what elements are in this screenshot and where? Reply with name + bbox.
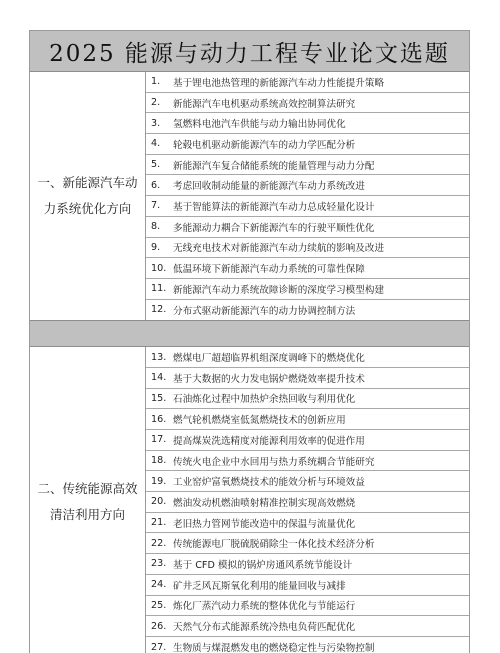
topic-number: 2. [151,97,173,108]
topic-title: 燃煤电厂超超临界机组深度调峰下的燃烧优化 [173,350,365,364]
topic-number: 6. [151,180,173,191]
topic-row: 4.轮毂电机驱动新能源汽车的动力学匹配分析 [146,134,469,155]
topic-title: 分布式驱动新能源汽车的动力协调控制方法 [173,303,355,317]
category-label: 一、新能源汽车动力系统优化方向 [30,170,145,222]
topic-title: 基于智能算法的新能源汽车动力总成轻量化设计 [173,199,374,213]
topic-title: 基于锂电池热管理的新能源汽车动力性能提升策略 [173,75,384,89]
topic-number: 10. [151,263,173,274]
topic-row: 24.矿井乏风瓦斯氧化利用的能量回收与减排 [146,575,469,596]
title-row: 2025 能源与动力工程专业论文选题 [30,31,469,72]
topic-number: 24. [151,579,173,590]
topic-number: 21. [151,517,173,528]
topic-number: 12. [151,304,173,315]
topic-list: 13.燃煤电厂超超临界机组深度调峰下的燃烧优化14.基于大数据的火力发电锅炉燃烧… [146,347,469,653]
topic-row: 7.基于智能算法的新能源汽车动力总成轻量化设计 [146,196,469,217]
topic-number: 13. [151,352,173,363]
topic-row: 18.传统火电企业中水回用与热力系统耦合节能研究 [146,451,469,472]
section-traditional-energy: 二、传统能源高效清洁利用方向 13.燃煤电厂超超临界机组深度调峰下的燃烧优化14… [30,347,469,653]
topics-table: 2025 能源与动力工程专业论文选题 一、新能源汽车动力系统优化方向 1.基于锂… [29,30,470,653]
topic-row: 21.老旧热力管网节能改造中的保温与流量优化 [146,513,469,534]
topic-title: 矿井乏风瓦斯氧化利用的能量回收与减排 [173,578,346,592]
section-new-energy-vehicle: 一、新能源汽车动力系统优化方向 1.基于锂电池热管理的新能源汽车动力性能提升策略… [30,72,469,320]
topic-title: 新能源汽车复合储能系统的能量管理与动力分配 [173,158,374,172]
topic-title: 新能源汽车动力系统故障诊断的深度学习模型构建 [173,282,384,296]
topic-row: 2.新能源汽车电机驱动系统高效控制算法研究 [146,93,469,114]
topic-row: 15.石油炼化过程中加热炉余热回收与利用优化 [146,389,469,410]
topic-number: 19. [151,476,173,487]
topic-title: 生物质与煤混燃发电的燃烧稳定性与污染物控制 [173,640,374,653]
topic-row: 25.炼化厂蒸汽动力系统的整体优化与节能运行 [146,596,469,617]
topic-title: 天然气分布式能源系统冷热电负荷匹配优化 [173,619,355,633]
topic-number: 9. [151,242,173,253]
topic-title: 氢燃料电池汽车供能与动力输出协同优化 [173,116,346,130]
category-cell: 一、新能源汽车动力系统优化方向 [30,72,146,320]
topic-number: 25. [151,600,173,611]
topic-row: 19.工业窑炉富氧燃烧技术的能效分析与环境效益 [146,471,469,492]
topic-number: 8. [151,221,173,232]
section-divider [30,320,469,347]
topic-title: 燃油发动机燃油喷射精准控制实现高效燃烧 [173,495,355,509]
topic-number: 5. [151,159,173,170]
topic-row: 9.无线充电技术对新能源汽车动力续航的影响及改进 [146,238,469,259]
topic-title: 考虑回收制动能量的新能源汽车动力系统改进 [173,178,365,192]
category-cell: 二、传统能源高效清洁利用方向 [30,347,146,653]
topic-row: 17.提高煤炭洗选精度对能源利用效率的促进作用 [146,430,469,451]
topic-title: 炼化厂蒸汽动力系统的整体优化与节能运行 [173,598,355,612]
topic-list: 1.基于锂电池热管理的新能源汽车动力性能提升策略2.新能源汽车电机驱动系统高效控… [146,72,469,320]
topic-row: 6.考虑回收制动能量的新能源汽车动力系统改进 [146,175,469,196]
topic-row: 22.传统能源电厂脱硫脱硝除尘一体化技术经济分析 [146,533,469,554]
topic-title: 新能源汽车电机驱动系统高效控制算法研究 [173,96,355,110]
topic-row: 8.多能源动力耦合下新能源汽车的行驶平顺性优化 [146,217,469,238]
topic-number: 1. [151,76,173,87]
topic-number: 11. [151,283,173,294]
topic-number: 4. [151,138,173,149]
topic-title: 老旧热力管网节能改造中的保温与流量优化 [173,516,355,530]
topic-title: 石油炼化过程中加热炉余热回收与利用优化 [173,391,355,405]
topic-row: 12.分布式驱动新能源汽车的动力协调控制方法 [146,300,469,321]
topic-title: 多能源动力耦合下新能源汽车的行驶平顺性优化 [173,220,374,234]
topic-row: 20.燃油发动机燃油喷射精准控制实现高效燃烧 [146,492,469,513]
topic-number: 23. [151,558,173,569]
topic-row: 5.新能源汽车复合储能系统的能量管理与动力分配 [146,155,469,176]
page-title: 2025 能源与动力工程专业论文选题 [49,35,450,68]
topic-number: 17. [151,434,173,445]
topic-row: 13.燃煤电厂超超临界机组深度调峰下的燃烧优化 [146,347,469,368]
topic-row: 16.燃气轮机燃烧室低氮燃烧技术的创新应用 [146,409,469,430]
topic-title: 工业窑炉富氧燃烧技术的能效分析与环境效益 [173,474,365,488]
topic-row: 1.基于锂电池热管理的新能源汽车动力性能提升策略 [146,72,469,93]
topic-number: 3. [151,118,173,129]
topic-row: 11.新能源汽车动力系统故障诊断的深度学习模型构建 [146,279,469,300]
topic-title: 基于 CFD 模拟的锅炉房通风系统节能设计 [173,557,352,571]
topic-row: 3.氢燃料电池汽车供能与动力输出协同优化 [146,113,469,134]
topic-number: 15. [151,393,173,404]
topic-number: 18. [151,455,173,466]
topic-number: 22. [151,538,173,549]
topic-number: 27. [151,642,173,653]
topic-number: 14. [151,372,173,383]
topic-row: 27.生物质与煤混燃发电的燃烧稳定性与污染物控制 [146,637,469,653]
topic-title: 无线充电技术对新能源汽车动力续航的影响及改进 [173,240,384,254]
topic-row: 23.基于 CFD 模拟的锅炉房通风系统节能设计 [146,554,469,575]
topic-title: 传统能源电厂脱硫脱硝除尘一体化技术经济分析 [173,536,374,550]
topic-number: 7. [151,200,173,211]
topic-title: 燃气轮机燃烧室低氮燃烧技术的创新应用 [173,412,346,426]
topic-number: 26. [151,621,173,632]
topic-number: 20. [151,496,173,507]
topic-title: 基于大数据的火力发电锅炉燃烧效率提升技术 [173,371,365,385]
topic-row: 10.低温环境下新能源汽车动力系统的可靠性保障 [146,258,469,279]
topic-title: 轮毂电机驱动新能源汽车的动力学匹配分析 [173,137,355,151]
category-label: 二、传统能源高效清洁利用方向 [30,476,145,528]
topic-row: 14.基于大数据的火力发电锅炉燃烧效率提升技术 [146,368,469,389]
topic-title: 传统火电企业中水回用与热力系统耦合节能研究 [173,454,374,468]
topic-title: 低温环境下新能源汽车动力系统的可靠性保障 [173,261,365,275]
topic-row: 26.天然气分布式能源系统冷热电负荷匹配优化 [146,616,469,637]
topic-number: 16. [151,414,173,425]
topic-title: 提高煤炭洗选精度对能源利用效率的促进作用 [173,433,365,447]
